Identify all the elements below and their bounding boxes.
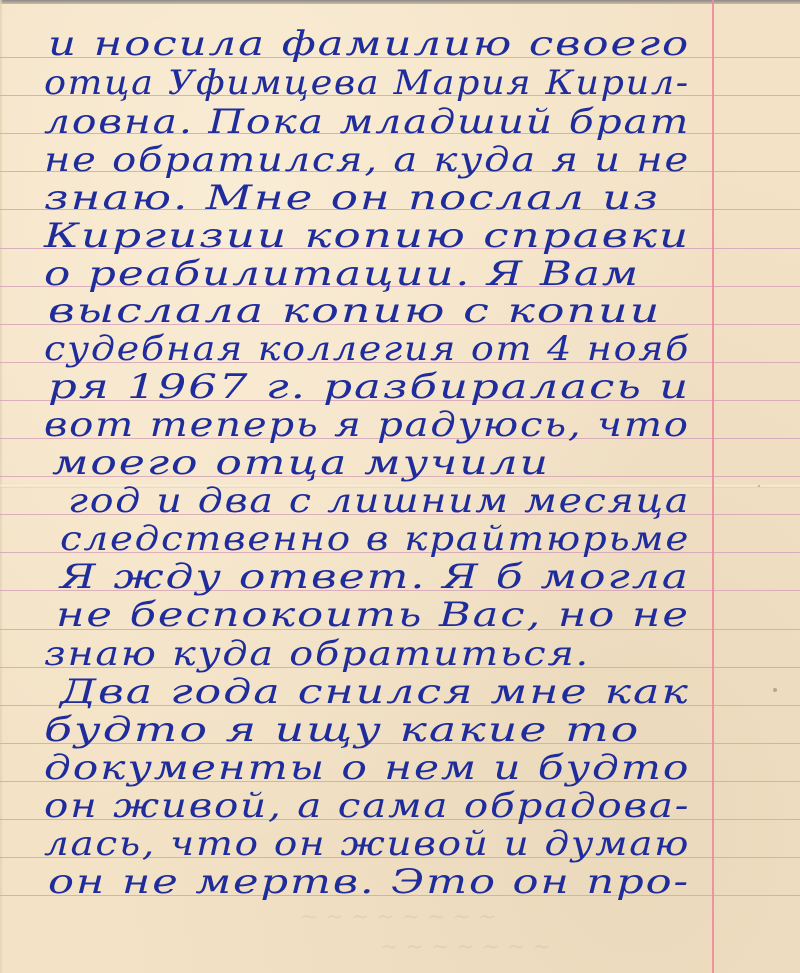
text-line: год и два с лишним месяца — [68, 482, 780, 520]
line-text: лась, что он живой и думаю — [44, 825, 690, 863]
line-text: знаю куда обратиться. — [44, 635, 590, 673]
show-through-text: ~ ~ ~ ~ ~ ~ ~ — [380, 935, 551, 960]
letter-page: ~ ~ ~ ~ ~ ~ ~ ~ ~ ~ ~ ~ ~ ~ ~ и носила ф… — [0, 0, 800, 973]
line-text: он не мертв. Это он про- — [48, 863, 690, 901]
text-line: и носила фамилию своего — [48, 25, 760, 63]
line-text: выслала копию с копии — [48, 292, 661, 330]
text-line: знаю куда обратиться. — [44, 635, 756, 673]
text-line: Киргизии копию справки — [44, 217, 756, 255]
text-line: он живой, а сама обрадова- — [44, 787, 756, 825]
line-text: и носила фамилию своего — [48, 25, 690, 63]
text-line: следственно в крайтюрьме — [60, 520, 772, 558]
text-line: лась, что он живой и думаю — [44, 825, 756, 863]
text-line: о реабилитации. Я Вам — [44, 255, 756, 293]
text-line: ря 1967 г. разбиралась и — [48, 368, 760, 406]
text-line: Два года снился мне как — [60, 673, 772, 711]
line-text: документы о нем и будто — [44, 749, 690, 787]
text-line: не обратился, а куда я и не — [44, 141, 756, 179]
text-line: не беспокоить Вас, но не — [56, 596, 768, 634]
text-line: моего отца мучили — [52, 444, 764, 482]
line-text: вот теперь я радуюсь, что — [44, 406, 690, 444]
text-line: документы о нем и будто — [44, 749, 756, 787]
text-line: будто я ищу какие то — [44, 711, 756, 749]
line-text: будто я ищу какие то — [44, 711, 640, 749]
text-line: знаю. Мне он послал из — [44, 179, 756, 217]
text-line: отца Уфимцева Мария Кирил- — [44, 64, 756, 102]
text-line: он не мертв. Это он про- — [48, 863, 760, 901]
line-text: Я жду ответ. Я б могла — [60, 558, 690, 596]
paper-spot — [773, 688, 777, 692]
line-text: Киргизии копию справки — [44, 217, 690, 255]
text-line: судебная коллегия от 4 нояб — [44, 330, 756, 368]
line-text: отца Уфимцева Мария Кирил- — [44, 64, 690, 102]
line-text: год и два с лишним месяца — [68, 482, 690, 520]
line-text: не беспокоить Вас, но не — [56, 596, 690, 634]
text-line: вот теперь я радуюсь, что — [44, 406, 756, 444]
line-text: судебная коллегия от 4 нояб — [44, 330, 690, 368]
text-line: выслала копию с копии — [48, 292, 760, 330]
text-line: Я жду ответ. Я б могла — [60, 558, 772, 596]
line-text: Два года снился мне как — [60, 673, 690, 711]
paper-top-edge — [0, 0, 800, 4]
line-text: о реабилитации. Я Вам — [44, 255, 640, 293]
line-text: ловна. Пока младший брат — [44, 103, 690, 141]
line-text: он живой, а сама обрадова- — [44, 787, 690, 825]
show-through-text: ~ ~ ~ ~ ~ ~ ~ ~ — [300, 905, 496, 930]
text-line: ловна. Пока младший брат — [44, 103, 756, 141]
line-text: не обратился, а куда я и не — [44, 141, 690, 179]
line-text: моего отца мучили — [52, 444, 550, 482]
line-text: знаю. Мне он послал из — [44, 179, 660, 217]
line-text: следственно в крайтюрьме — [60, 520, 690, 558]
line-text: ря 1967 г. разбиралась и — [48, 368, 690, 406]
